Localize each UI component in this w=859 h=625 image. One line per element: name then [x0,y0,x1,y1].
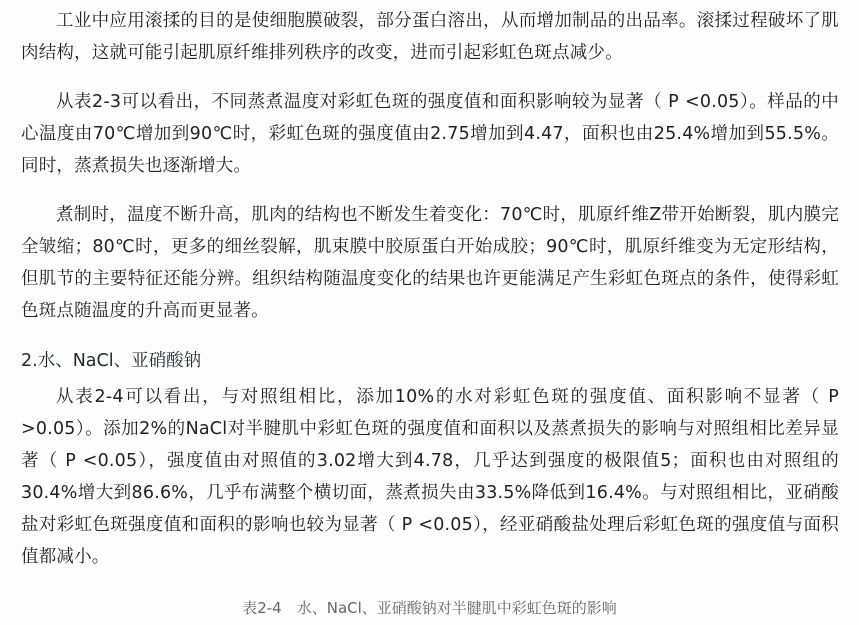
paragraph-cooking-temperature: 从表2-3可以看出，不同蒸煮温度对彩虹色斑的强度值和面积影响较为显著（ P <0… [21,86,839,182]
paragraph-water-nacl-nitrite: 从表2-4可以看出，与对照组相比，添加10%的水对彩虹色斑的强度值、面积影响不显… [21,381,839,573]
paragraph-tumbling: 工业中应用滚揉的目的是使细胞膜破裂，部分蛋白溶出，从而增加制品的出品率。滚揉过程… [21,5,839,69]
paragraph-structure-change: 煮制时，温度不断升高，肌肉的结构也不断发生着变化：70℃时，肌原纤维Z带开始断裂… [21,199,839,327]
section-heading: 2.水、NaCl、亚硝酸钠 [21,345,201,377]
table-caption: 表2-4 水、NaCl、亚硝酸钠对半腱肌中彩虹色斑的影响 [0,593,859,623]
